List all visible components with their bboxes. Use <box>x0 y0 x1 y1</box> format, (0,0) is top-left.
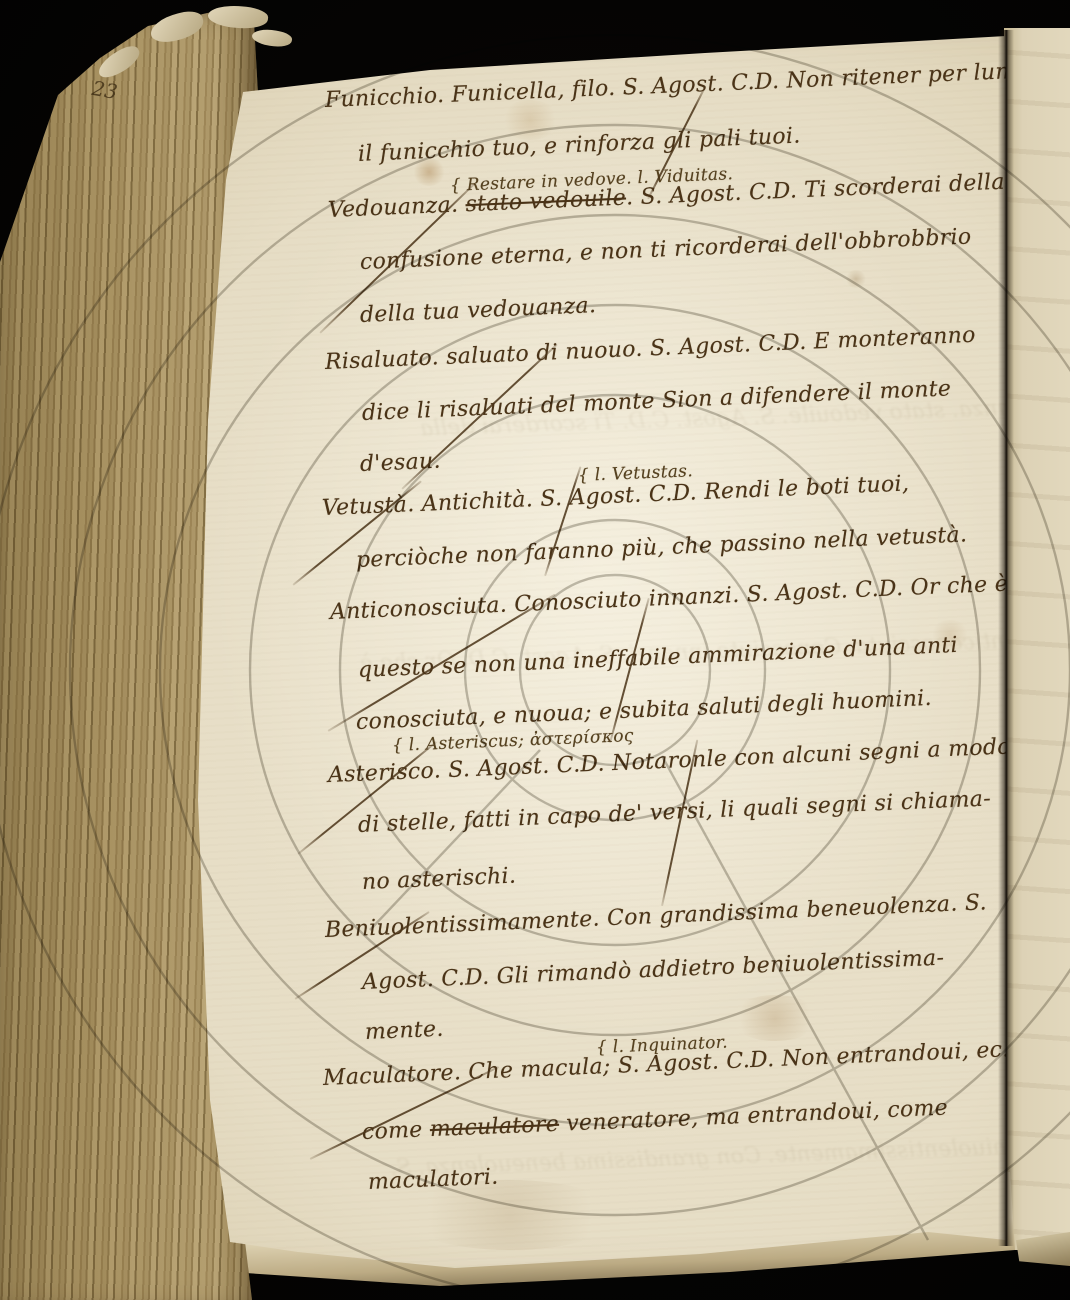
watermark-circles <box>0 0 1070 1300</box>
manuscript-photo: 23 Funicchio. Funicella, filo. S. Agost.… <box>0 0 1070 1300</box>
